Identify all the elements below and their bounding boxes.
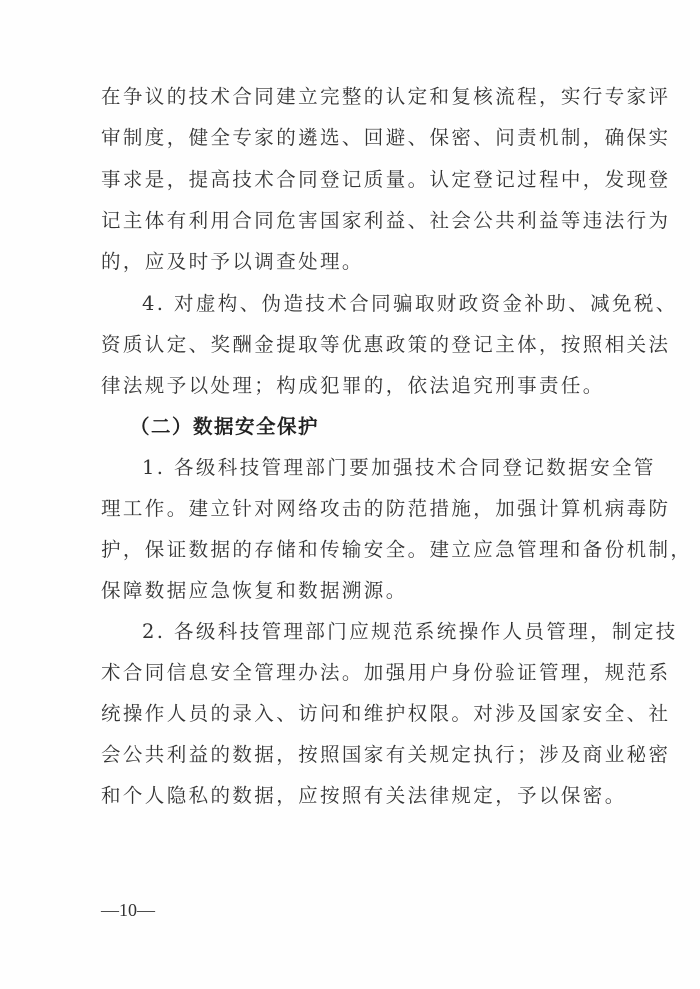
paragraph-line: 律法规予以处理；构成犯罪的，依法追究刑事责任。 — [101, 371, 601, 401]
paragraph-line: 理工作。建立针对网络攻击的防范措施，加强计算机病毒防 — [101, 494, 601, 524]
item-4-line: 4. 对虚构、伪造技术合同骗取财政资金补助、减免税、 — [142, 289, 642, 319]
paragraph-line: 的，应及时予以调查处理。 — [101, 247, 601, 277]
paragraph-line: 护，保证数据的存储和传输安全。建立应急管理和备份机制， — [101, 535, 601, 565]
item-1-line: 1. 各级科技管理部门要加强技术合同登记数据安全管 — [142, 453, 642, 483]
paragraph-line: 资质认定、奖酬金提取等优惠政策的登记主体，按照相关法 — [101, 330, 601, 360]
paragraph-line: 和个人隐私的数据，应按照有关法律规定，予以保密。 — [101, 781, 601, 811]
paragraph-line: 在争议的技术合同建立完整的认定和复核流程，实行专家评 — [101, 82, 601, 112]
page-number: —10— — [101, 898, 155, 922]
paragraph-line: 术合同信息安全管理办法。加强用户身份验证管理，规范系 — [101, 658, 601, 688]
paragraph-line: 审制度，健全专家的遴选、回避、保密、问责机制，确保实 — [101, 123, 601, 153]
section-heading-data-security: （二）数据安全保护 — [130, 412, 630, 442]
paragraph-line: 会公共利益的数据，按照国家有关规定执行；涉及商业秘密 — [101, 740, 601, 770]
item-2-line: 2. 各级科技管理部门应规范系统操作人员管理，制定技 — [142, 617, 642, 647]
paragraph-line: 统操作人员的录入、访问和维护权限。对涉及国家安全、社 — [101, 699, 601, 729]
document-page: 在争议的技术合同建立完整的认定和复核流程，实行专家评 审制度，健全专家的遴选、回… — [0, 0, 700, 989]
paragraph-line: 保障数据应急恢复和数据溯源。 — [101, 576, 601, 606]
paragraph-line: 事求是，提高技术合同登记质量。认定登记过程中，发现登 — [101, 165, 601, 195]
paragraph-line: 记主体有利用合同危害国家利益、社会公共利益等违法行为 — [101, 206, 601, 236]
